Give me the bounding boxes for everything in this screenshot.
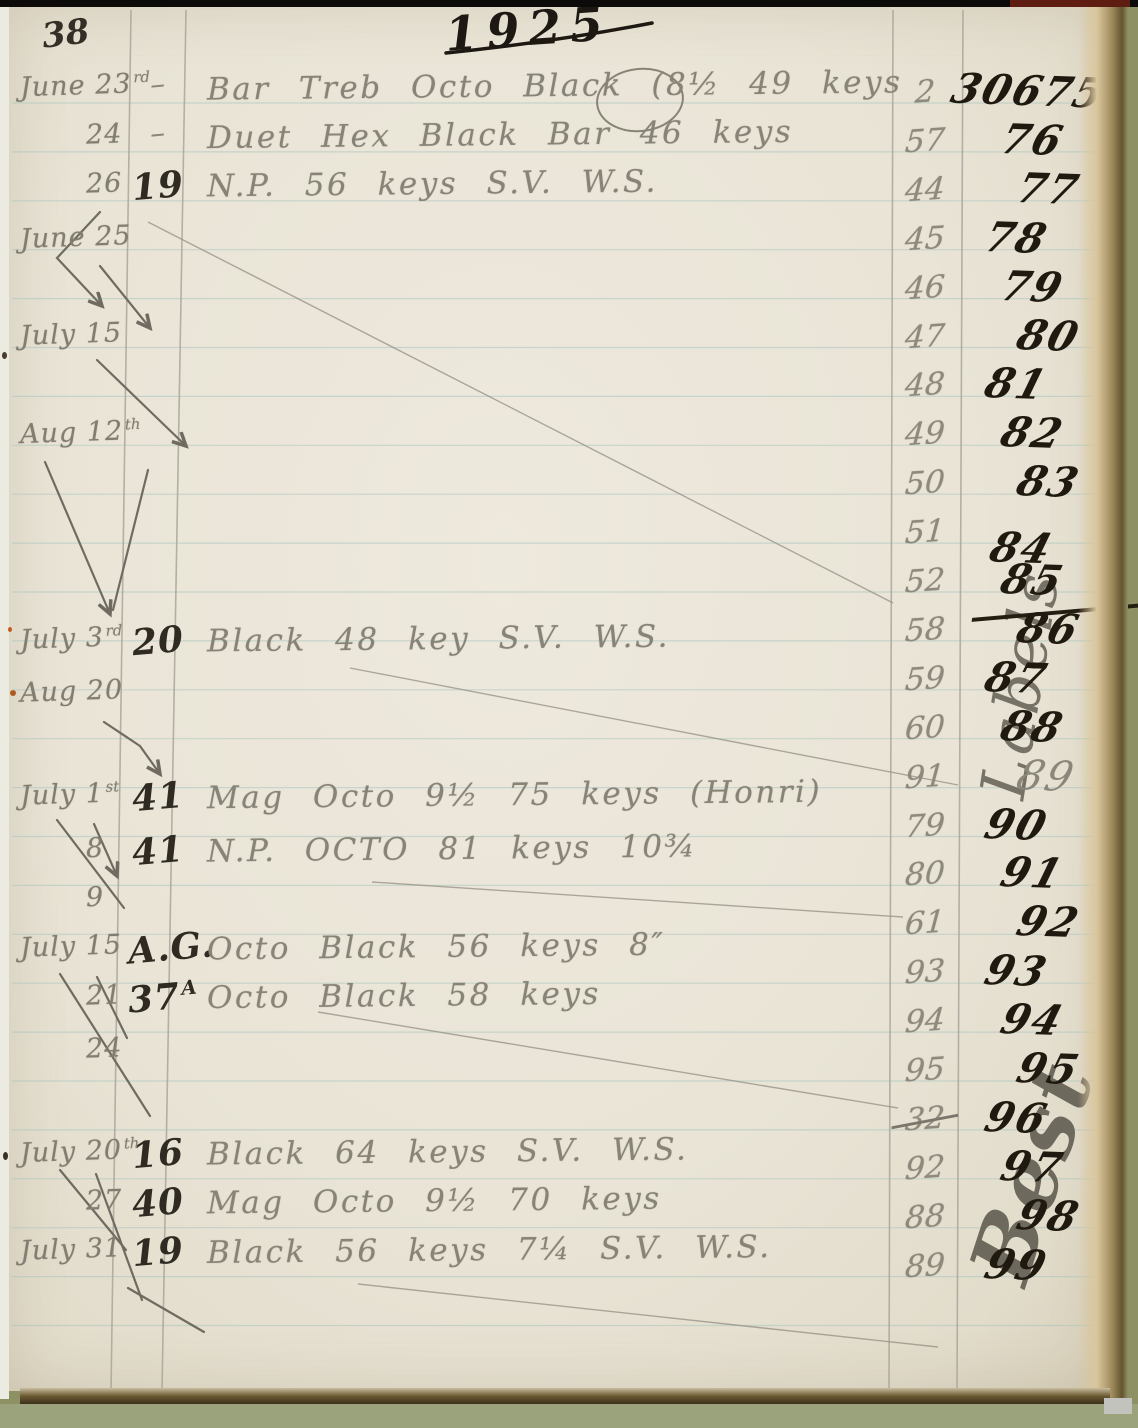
- count-cell-text: 94: [904, 1002, 946, 1041]
- date-entry-text: Aug 12: [19, 416, 123, 451]
- count-cell: 80: [894, 854, 957, 894]
- count-cell: 51: [894, 512, 957, 552]
- page-right-edge: [1078, 7, 1128, 1399]
- count-cell-text: 45: [904, 219, 946, 258]
- date-entry: July 15: [19, 318, 122, 353]
- date-entry-text: 26: [85, 167, 122, 199]
- description-entry-text: Black 56 keys 7¼ S.V. W.S.: [207, 1229, 772, 1271]
- count-cell: 93: [894, 952, 957, 992]
- ordinal-suffix: rd: [105, 621, 122, 640]
- count-cell: 88: [894, 1197, 957, 1237]
- date-entry: July 20th: [19, 1134, 140, 1169]
- count-cell-text: 44: [904, 170, 946, 209]
- description-entry-text: Duet Hex Black Bar 46 keys: [207, 114, 794, 156]
- ordinal-suffix: st: [105, 777, 119, 795]
- description-entry-text: Black 48 key S.V. W.S.: [207, 618, 670, 659]
- quantity-entry-text: A.G.: [126, 923, 216, 972]
- quantity-entry: 41: [126, 774, 189, 821]
- edge-speck: [2, 352, 7, 359]
- date-entry: June 25: [19, 220, 132, 255]
- date-entry-text: 8: [85, 833, 104, 865]
- description-entry-text: Octo Black 58 keys: [207, 975, 601, 1015]
- count-cell: 95: [894, 1050, 957, 1090]
- description-entry: Black 64 keys S.V. W.S.: [207, 1131, 689, 1172]
- date-entry: 26: [85, 167, 122, 199]
- edge-speck: [10, 690, 16, 696]
- quantity-entry: 41: [126, 827, 189, 874]
- quantity-entry: 19: [126, 1228, 189, 1275]
- count-cell: 52: [894, 561, 957, 601]
- date-entry-text: July 1: [19, 778, 104, 812]
- date-entry-text: Aug 20: [19, 675, 123, 710]
- date-entry-text: 21: [85, 979, 122, 1011]
- count-cell: 89: [894, 1246, 957, 1286]
- description-entry: Octo Black 56 keys 8″: [207, 926, 666, 967]
- count-cell: 32: [894, 1099, 957, 1139]
- count-cell-text: 51: [904, 513, 946, 552]
- count-cell-text: 89: [904, 1246, 946, 1285]
- count-cell-text: 80: [904, 855, 946, 894]
- count-cell: 58: [894, 610, 957, 650]
- scanner-corner-artifact: [1104, 1398, 1132, 1414]
- count-cell-text: 79: [904, 806, 946, 845]
- count-cell-text: 58: [904, 611, 946, 650]
- count-cell-text: 46: [904, 268, 946, 307]
- description-entry-text: N.P. OCTO 81 keys 10¾: [207, 828, 697, 869]
- count-cell-text: 47: [904, 317, 946, 356]
- quantity-entry-text: 20: [130, 617, 186, 663]
- count-cell-text: 91: [904, 757, 946, 796]
- description-entry: Bar Treb Octo Black (8½ 49 keys: [207, 64, 903, 107]
- date-entry-text: 24: [85, 1033, 122, 1065]
- description-entry-text: N.P. 56 keys S.V. W.S.: [207, 163, 658, 204]
- description-entry: Black 56 keys 7¼ S.V. W.S.: [207, 1229, 772, 1271]
- description-entry-text: Bar Treb Octo Black (8½ 49 keys: [207, 64, 903, 107]
- description-entry: Black 48 key S.V. W.S.: [207, 618, 670, 659]
- description-entry: Octo Black 58 keys: [207, 975, 601, 1015]
- count-cell: 46: [894, 268, 957, 308]
- count-cell-text: 61: [904, 904, 946, 943]
- edge-speck: [8, 627, 12, 632]
- date-entry-text: June 25: [19, 220, 132, 255]
- count-cell: 60: [894, 708, 957, 748]
- count-cell-text: 88: [904, 1197, 946, 1236]
- date-entry-text: 9: [85, 881, 104, 913]
- date-entry-text: 24: [85, 118, 122, 150]
- count-cell: 48: [894, 365, 957, 405]
- date-entry-text: 27: [85, 1184, 122, 1216]
- quantity-entry: A.G.: [126, 925, 189, 972]
- quantity-entry-text: 16: [130, 1131, 186, 1177]
- count-cell: 91: [894, 757, 957, 797]
- scan-top-border-red: [1010, 0, 1130, 7]
- quantity-entry-text: 41: [130, 774, 186, 820]
- count-cell: 49: [894, 414, 957, 454]
- count-cell: 92: [894, 1148, 957, 1188]
- date-entry: July 31: [19, 1232, 122, 1267]
- count-cell: 44: [894, 170, 957, 210]
- count-cell-text: 92: [904, 1148, 946, 1187]
- ordinal-suffix: A: [180, 974, 197, 999]
- count-cell: 79: [894, 805, 957, 845]
- quantity-entry: 16: [126, 1130, 189, 1177]
- date-entry: 8: [85, 833, 104, 865]
- quantity-entry: –: [127, 64, 190, 104]
- description-entry: N.P. 56 keys S.V. W.S.: [207, 163, 658, 204]
- date-entry: 24: [85, 118, 122, 150]
- description-entry: Mag Octo 9½ 75 keys (Honri): [207, 774, 822, 816]
- edge-speck: [3, 1152, 8, 1160]
- quantity-entry-text: –: [149, 66, 168, 102]
- date-entry-text: July 15: [19, 318, 122, 353]
- date-entry: 21: [85, 979, 122, 1011]
- count-cell-text: 32: [904, 1100, 946, 1139]
- date-entry: Aug 12th: [19, 415, 141, 450]
- date-entry: 24: [85, 1033, 122, 1065]
- quantity-entry: 40: [126, 1179, 189, 1226]
- date-entry-text: July 20: [19, 1135, 122, 1170]
- count-cell: 59: [894, 659, 957, 699]
- count-cell-text: 2: [914, 73, 936, 110]
- description-entry: Duet Hex Black Bar 46 keys: [207, 114, 794, 156]
- count-cell: 94: [894, 1001, 957, 1041]
- quantity-entry-text: –: [149, 115, 168, 151]
- description-entry-text: Mag Octo 9½ 75 keys (Honri): [207, 774, 822, 816]
- count-cell-text: 59: [904, 659, 946, 698]
- date-entry: 9: [85, 881, 104, 913]
- quantity-entry-text: 19: [130, 1229, 186, 1275]
- scan-top-border: [0, 0, 1138, 7]
- description-entry: N.P. OCTO 81 keys 10¾: [207, 828, 697, 869]
- count-cell: 45: [894, 219, 957, 259]
- count-cell: 47: [894, 316, 957, 356]
- count-cell-text: 93: [904, 953, 946, 992]
- count-cell-text: 50: [904, 464, 946, 503]
- page-number: 38: [40, 11, 92, 56]
- count-cell: 50: [894, 463, 957, 503]
- scan-background: [0, 1404, 1138, 1428]
- quantity-entry-text: 40: [130, 1180, 186, 1226]
- quantity-entry: –: [127, 113, 190, 153]
- description-entry-text: Octo Black 56 keys 8″: [207, 926, 666, 967]
- quantity-entry-text: 41: [130, 828, 186, 874]
- date-entry: Aug 20: [19, 675, 123, 710]
- date-entry-text: July 15: [19, 929, 122, 964]
- quantity-entry: 20: [126, 617, 189, 664]
- count-cell-text: 48: [904, 366, 946, 405]
- count-cell-text: 52: [904, 562, 946, 601]
- date-entry: July 15: [19, 929, 122, 964]
- date-entry-text: July 3: [19, 621, 104, 655]
- quantity-entry-text: 37: [126, 975, 182, 1021]
- quantity-entry-text: 19: [130, 163, 186, 209]
- date-entry: July 1st: [19, 777, 119, 811]
- description-entry: Mag Octo 9½ 70 keys: [207, 1181, 662, 1222]
- count-cell-text: 60: [904, 708, 946, 747]
- date-entry-text: June 23: [19, 68, 132, 103]
- description-entry-text: Black 64 keys S.V. W.S.: [207, 1131, 689, 1172]
- count-cell: 57: [894, 121, 957, 161]
- date-entry: July 3rd: [19, 621, 123, 656]
- count-cell: 61: [894, 903, 957, 943]
- description-entry-text: Mag Octo 9½ 70 keys: [207, 1181, 662, 1222]
- count-cell-text: 49: [904, 415, 946, 454]
- quantity-entry: 19: [126, 162, 189, 209]
- date-entry: 27: [85, 1184, 122, 1216]
- page-left-edge: [0, 7, 9, 1399]
- ordinal-suffix: th: [125, 415, 141, 434]
- count-cell-text: 57: [904, 122, 946, 161]
- scanned-ledger-page: 38 1925 Labels Best June 23rd2426June 25…: [0, 0, 1138, 1428]
- date-entry-text: July 31: [19, 1232, 122, 1267]
- count-cell-text: 95: [904, 1051, 946, 1090]
- quantity-entry: 37A: [126, 974, 189, 1021]
